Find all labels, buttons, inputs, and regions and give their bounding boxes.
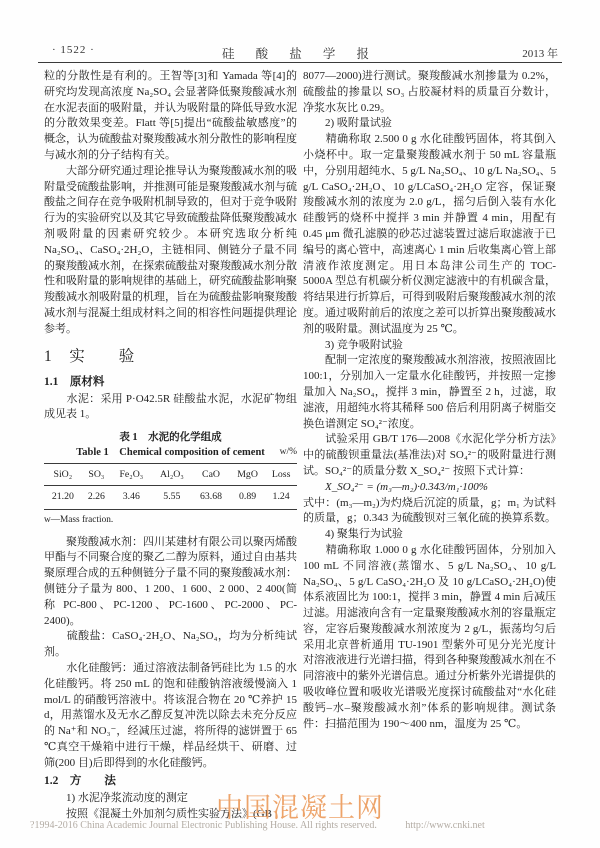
body-paragraph: 水泥：采用 P·O42.5R 硅酸盐水泥，水泥矿物组成见表 1。 [44, 392, 297, 424]
table-cell: 21.20 [44, 486, 82, 509]
table-cell: 0.89 [230, 486, 265, 509]
table-column-header: CaO [192, 464, 230, 486]
subsection-raw-materials: 1.1 原材料 [44, 374, 297, 390]
body-paragraph: 4) 聚集行为试验 [303, 527, 556, 543]
table-caption-en: Table 1 Chemical composition of cement w… [44, 445, 297, 460]
chemical-composition-table: SiO₂SO₃Fe₂O₃Al₂O₃CaOMgOLoss 21.202.263.4… [44, 463, 297, 510]
table-cell: 3.46 [111, 486, 152, 509]
table-column-header: SO₃ [82, 464, 111, 486]
formula-so4-mass-fraction: X_SO₄²⁻ = (m₃—m₂)·0.343/m₁·100% [303, 480, 556, 496]
table-row: 21.202.263.465.5563.680.891.24 [44, 486, 297, 509]
body-paragraph: 大部分研究通过理论推导认为聚羧酸减水剂的吸附量受硫酸盐影响，并推测可能是聚羧酸减… [44, 164, 297, 338]
table-header-row: SiO₂SO₃Fe₂O₃Al₂O₃CaOMgOLoss [44, 464, 297, 486]
cnki-url[interactable]: http://www.cnki.net [405, 820, 484, 831]
table-caption-cn: 表 1 水泥的化学组成 [44, 431, 297, 445]
body-paragraph: 配制一定浓度的聚羧酸减水剂溶液，按照液固比 100:1，分别加入一定量水化硅酸钙… [303, 353, 556, 432]
header-rule [38, 62, 562, 63]
table-cell: 1.24 [265, 486, 297, 509]
copyright-text: ?1994-2016 China Academic Journal Electr… [30, 820, 377, 831]
table-1: 表 1 水泥的化学组成 Table 1 Chemical composition… [44, 431, 297, 528]
table-cell: 5.55 [152, 486, 193, 509]
table-column-header: SiO₂ [44, 464, 82, 486]
body-paragraph: 水化硅酸钙：通过溶液法制备钙硅比为 1.5 的水化硅酸钙。将 250 mL 的饱… [44, 661, 297, 772]
section-heading-experiment: 1 实 验 [44, 347, 297, 367]
journal-page: · 1522 · 硅 酸 盐 学 报 2013 年 粒的分散性是有利的。王智等[… [0, 0, 600, 848]
body-paragraph: 粒的分散性是有利的。王智等[3]和 Yamada 等[4]的研究均发现高浓度 N… [44, 69, 297, 164]
table-cell: 63.68 [192, 486, 230, 509]
page-header: · 1522 · 硅 酸 盐 学 报 2013 年 [38, 44, 562, 60]
body-paragraph: 精确称取 1.000 0 g 水化硅酸钙固体，分别加入 100 mL 不同溶液(… [303, 543, 556, 733]
table-footnote: w—Mass fraction. [44, 513, 297, 529]
right-column: 8077—2000)进行测试。聚羧酸减水剂掺量为 0.2%，硫酸盐的掺量以 SO… [303, 69, 556, 732]
body-paragraph: 聚羧酸减水剂：四川某建材有限公司以聚丙烯酸甲酯与不同聚合度的聚乙二醇为原料，通过… [44, 535, 297, 630]
table-column-header: Loss [265, 464, 297, 486]
table-column-header: Al₂O₃ [152, 464, 193, 486]
left-column: 粒的分散性是有利的。王智等[3]和 Yamada 等[4]的研究均发现高浓度 N… [44, 69, 297, 823]
body-paragraph: 8077—2000)进行测试。聚羧酸减水剂掺量为 0.2%，硫酸盐的掺量以 SO… [303, 69, 556, 116]
body-paragraph: 2) 吸附量试验 [303, 116, 556, 132]
body-paragraph: 硫酸盐：CaSO₄·2H₂O、Na₂SO₄，均为分析纯试剂。 [44, 629, 297, 661]
table-caption-en-text: Table 1 Chemical composition of cement [76, 447, 265, 458]
body-paragraph: 式中：(m₃—m₂)为灼烧后沉淀的质量，g；m₁ 为试料的质量，g；0.343 … [303, 496, 556, 528]
body-paragraph: 精确称取 2.500 0 g 水化硅酸钙固体，将其倒入小烧杯中。取一定量聚羧酸减… [303, 132, 556, 337]
table-column-header: MgO [230, 464, 265, 486]
table-unit-label: w/% [280, 445, 297, 460]
copyright-line: ?1994-2016 China Academic Journal Electr… [30, 820, 580, 831]
journal-year: 2013 年 [522, 45, 558, 61]
body-paragraph: 3) 竞争吸附试验 [303, 338, 556, 354]
table-column-header: Fe₂O₃ [111, 464, 152, 486]
table-cell: 2.26 [82, 486, 111, 509]
journal-title: 硅 酸 盐 学 报 [38, 44, 562, 62]
body-paragraph: 试验采用 GB/T 176—2008《水泥化学分析方法》中的硫酸钡重量法(基准法… [303, 432, 556, 479]
